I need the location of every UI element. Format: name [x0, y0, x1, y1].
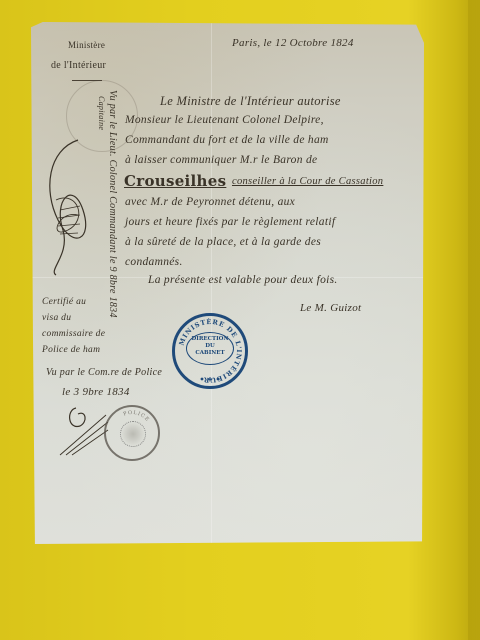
- ministry-stamp: MINISTÈRE DE L'INTÉRIEUR ✚ DIRECTION DU …: [172, 313, 248, 389]
- police-stamp-emblem: [120, 421, 146, 447]
- body-line-6: avec M.r de Peyronnet détenu, aux: [125, 196, 295, 208]
- visa-note-line: Certifié au: [42, 294, 122, 310]
- police-note-line2: le 3 9bre 1834: [62, 386, 130, 398]
- body-line-counsellor: conseiller à la Cour de Cassation: [232, 176, 383, 187]
- visa-note-line: commissaire de: [42, 326, 122, 342]
- place-date: Paris, le 12 Octobre 1824: [232, 37, 354, 49]
- paraph-flourish-icon: [38, 130, 98, 280]
- body-line-8: à la sûreté de la place, et à la garde d…: [125, 236, 321, 248]
- police-note-line1: Vu par le Com.re de Police: [46, 367, 162, 378]
- body-line-4: à laisser communiquer M.r le Baron de: [125, 154, 317, 166]
- police-stamp: POLICE: [104, 405, 160, 461]
- body-line-9: condamnés.: [125, 256, 183, 268]
- stamp-center-line: DIRECTION: [187, 336, 233, 343]
- ministry-header-line1: Ministère: [68, 40, 105, 50]
- visa-note-line: visa du: [42, 310, 122, 326]
- stamp-center: DIRECTION DU CABINET: [186, 332, 234, 365]
- body-line-7: jours et heure fixés par le règlement re…: [125, 216, 335, 228]
- ministry-header-line2: de l'Intérieur: [51, 60, 106, 71]
- stamp-center-line: DU: [187, 343, 233, 350]
- header-rule: [72, 80, 102, 81]
- stamp-center-line: CABINET: [187, 350, 233, 357]
- body-line-validity: La présente est valable pour deux fois.: [148, 274, 338, 286]
- baron-name: Crouseilhes: [124, 172, 226, 190]
- backdrop-fold: [468, 0, 480, 640]
- visa-note: Certifié au visa du commissaire de Polic…: [42, 294, 122, 358]
- margin-vertical-line2: Capitaine: [97, 96, 106, 130]
- body-line-1: Le Ministre de l'Intérieur autorise: [160, 94, 341, 109]
- body-line-2: Monsieur le Lieutenant Colonel Delpire,: [125, 114, 324, 126]
- signature: Le M. Guizot: [300, 302, 361, 314]
- visa-note-line: Police de ham: [42, 342, 122, 358]
- body-line-3: Commandant du fort et de la ville de ham: [125, 134, 329, 146]
- svg-text:✚: ✚: [207, 377, 212, 384]
- margin-vertical-annotation: Vu par le Lieut. Colonel Commandant le 9…: [107, 90, 118, 318]
